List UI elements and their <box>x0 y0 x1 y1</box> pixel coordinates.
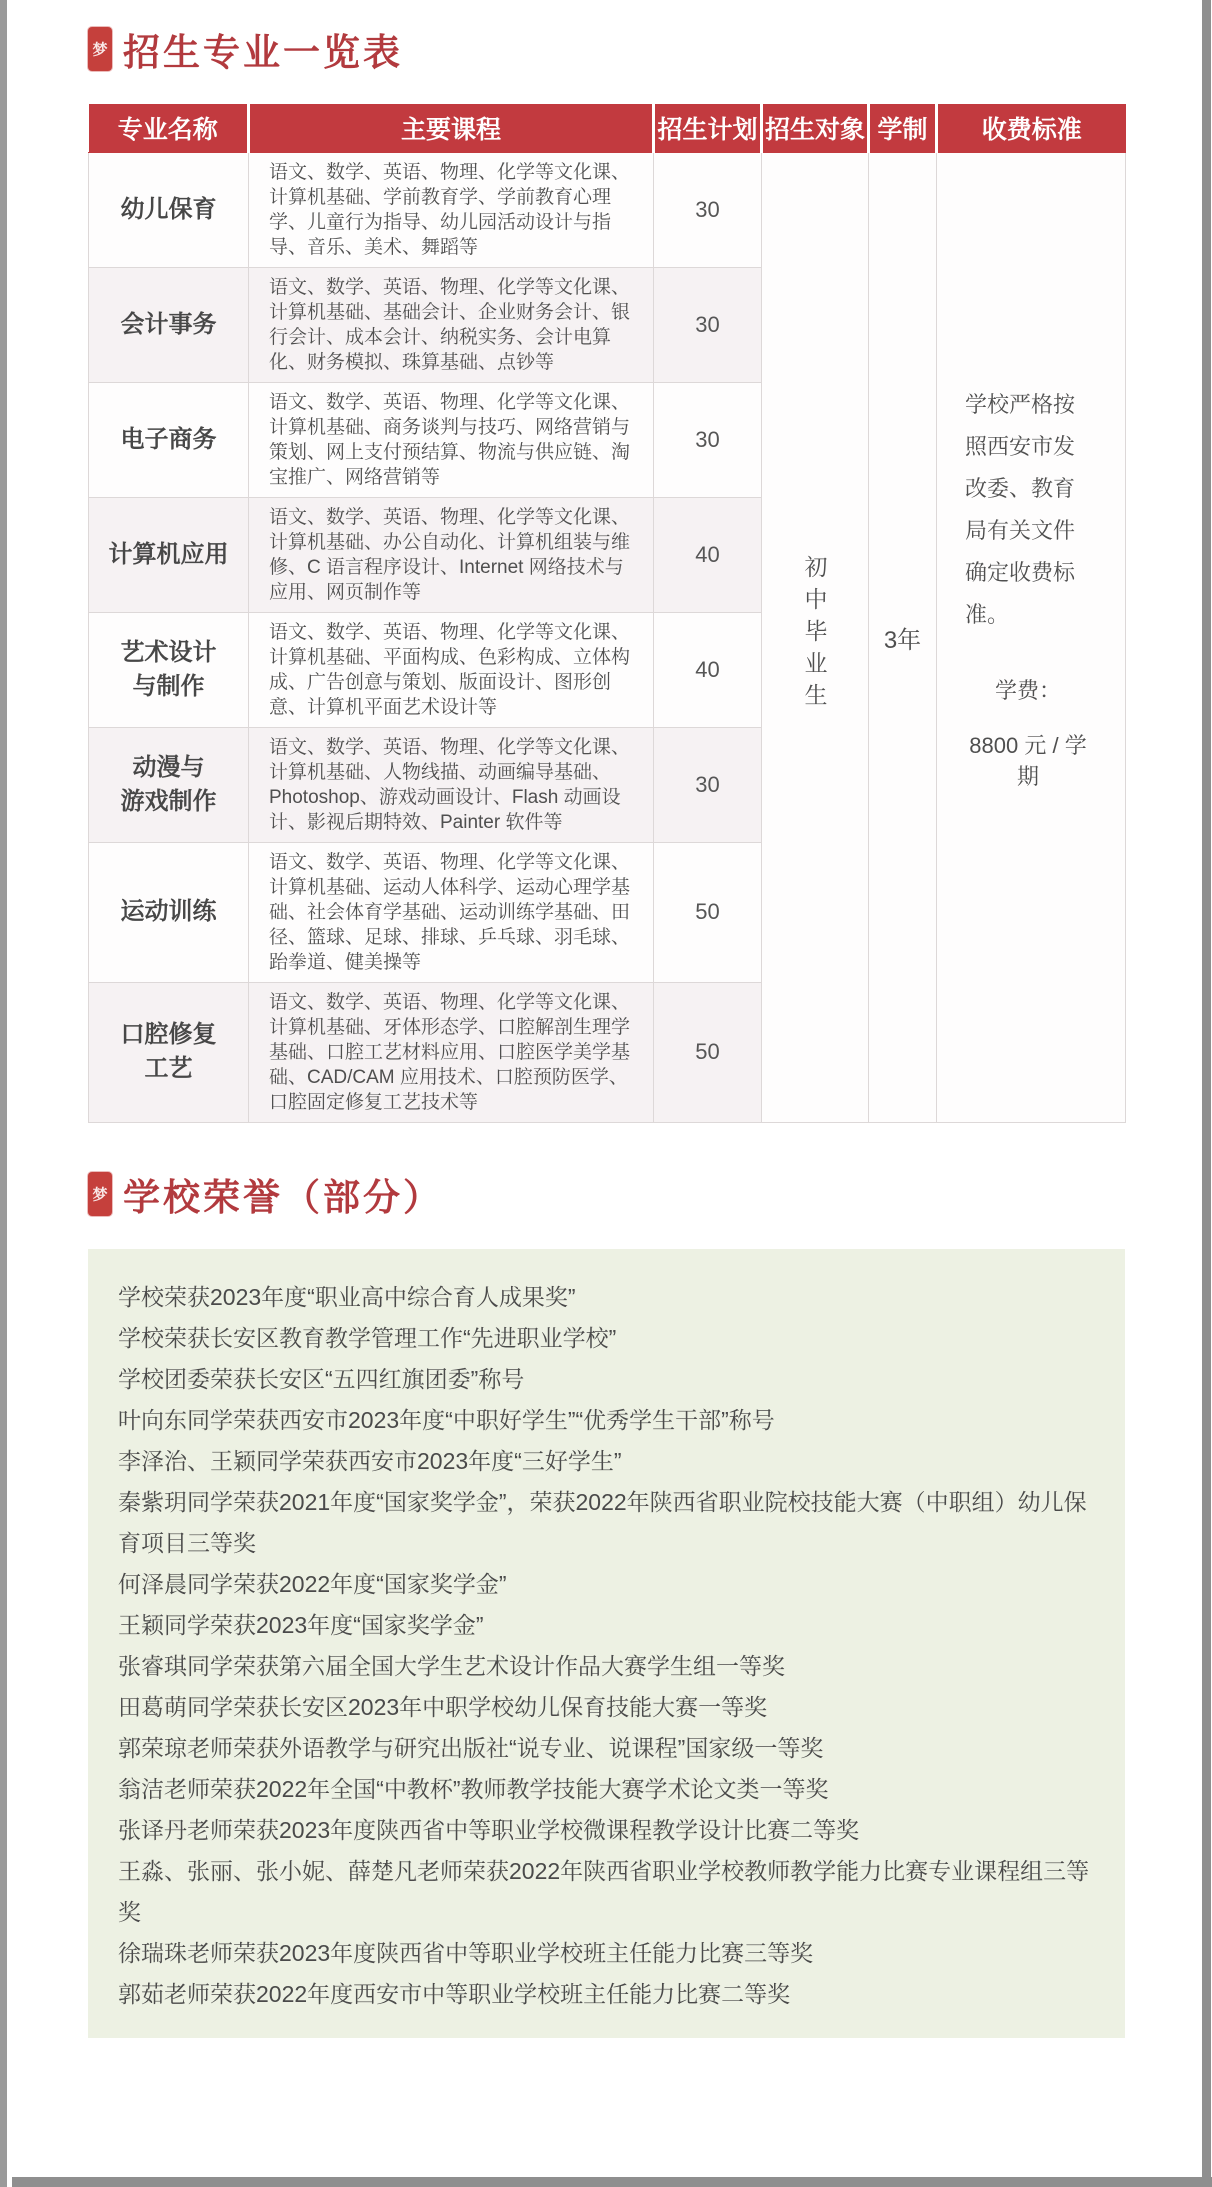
major-name: 艺术设计 与制作 <box>89 612 249 727</box>
major-courses: 语文、数学、英语、物理、化学等文化课、计算机基础、办公自动化、计算机组装与维修、… <box>249 497 654 612</box>
page-content: 招生专业一览表 专业名称 主要课程 招生计划 招生对象 学制 收费标准 幼儿保育… <box>88 0 1125 2038</box>
honor-item: 郭茹老师荣获2022年度西安市中等职业学校班主任能力比赛二等奖 <box>118 1974 1095 2015</box>
honor-item: 学校团委荣获长安区“五四红旗团委”称号 <box>118 1359 1095 1400</box>
major-name: 计算机应用 <box>89 497 249 612</box>
col-header-fee: 收费标准 <box>937 104 1126 152</box>
enrollment-plan: 30 <box>654 152 762 267</box>
major-courses: 语文、数学、英语、物理、化学等文化课、计算机基础、商务谈判与技巧、网络营销与策划… <box>249 382 654 497</box>
enrollment-plan: 30 <box>654 727 762 842</box>
seal-icon <box>88 27 112 71</box>
enrollment-plan: 50 <box>654 842 762 982</box>
enrollment-plan: 30 <box>654 382 762 497</box>
major-name: 口腔修复 工艺 <box>89 982 249 1122</box>
fee-note: 学校严格按照西安市发改委、教育局有关文件确定收费标准。 <box>965 384 1091 636</box>
section-title-honors-text: 学校荣誉（部分） <box>123 1167 443 1221</box>
major-courses: 语文、数学、英语、物理、化学等文化课、计算机基础、学前教育学、学前教育心理学、儿… <box>249 152 654 267</box>
major-name: 动漫与 游戏制作 <box>89 727 249 842</box>
enrollment-plan: 40 <box>654 497 762 612</box>
section-title-majors-text: 招生专业一览表 <box>123 22 403 76</box>
honor-item: 学校荣获长安区教育教学管理工作“先进职业学校” <box>118 1318 1095 1359</box>
col-header-major: 专业名称 <box>89 104 249 152</box>
table-row: 幼儿保育 语文、数学、英语、物理、化学等文化课、计算机基础、学前教育学、学前教育… <box>89 152 1126 267</box>
page-edge-bottom <box>12 2177 1212 2187</box>
fee-cell: 学校严格按照西安市发改委、教育局有关文件确定收费标准。 学费： 8800 元 /… <box>937 152 1126 1122</box>
honor-item: 徐瑞珠老师荣获2023年度陕西省中等职业学校班主任能力比赛三等奖 <box>118 1933 1095 1974</box>
col-header-target: 招生对象 <box>762 104 869 152</box>
honor-item: 张睿琪同学荣获第六届全国大学生艺术设计作品大赛学生组一等奖 <box>118 1646 1095 1687</box>
enrollment-plan: 50 <box>654 982 762 1122</box>
major-name: 电子商务 <box>89 382 249 497</box>
major-name: 会计事务 <box>89 267 249 382</box>
honor-item: 王淼、张丽、张小妮、薛楚凡老师荣获2022年陕西省职业学校教师教学能力比赛专业课… <box>118 1851 1095 1933</box>
col-header-courses: 主要课程 <box>249 104 654 152</box>
major-courses: 语文、数学、英语、物理、化学等文化课、计算机基础、基础会计、企业财务会计、银行会… <box>249 267 654 382</box>
enrollment-plan: 40 <box>654 612 762 727</box>
enrollment-plan: 30 <box>654 267 762 382</box>
section-title-majors: 招生专业一览表 <box>88 22 1125 76</box>
honors-list: 学校荣获2023年度“职业高中综合育人成果奖” 学校荣获长安区教育教学管理工作“… <box>88 1249 1125 2038</box>
duration-cell: 3年 <box>869 152 937 1122</box>
honor-item: 田葛萌同学荣获长安区2023年中职学校幼儿保育技能大赛一等奖 <box>118 1687 1095 1728</box>
major-courses: 语文、数学、英语、物理、化学等文化课、计算机基础、运动人体科学、运动心理学基础、… <box>249 842 654 982</box>
major-name: 幼儿保育 <box>89 152 249 267</box>
majors-table: 专业名称 主要课程 招生计划 招生对象 学制 收费标准 幼儿保育 语文、数学、英… <box>88 104 1126 1123</box>
fee-label: 学费： <box>965 674 1091 705</box>
page-edge-left <box>0 0 7 2187</box>
enrollment-target-text: 初中毕业生 <box>799 555 832 715</box>
honor-item: 秦紫玥同学荣获2021年度“国家奖学金”，荣获2022年陕西省职业院校技能大赛（… <box>118 1482 1095 1564</box>
col-header-plan: 招生计划 <box>654 104 762 152</box>
col-header-duration: 学制 <box>869 104 937 152</box>
major-courses: 语文、数学、英语、物理、化学等文化课、计算机基础、人物线描、动画编导基础、Pho… <box>249 727 654 842</box>
seal-icon <box>88 1172 112 1216</box>
enrollment-target-cell: 初中毕业生 <box>762 152 869 1122</box>
honor-item: 张译丹老师荣获2023年度陕西省中等职业学校微课程教学设计比赛二等奖 <box>118 1810 1095 1851</box>
page-edge-right <box>1202 0 1211 2187</box>
honor-item: 郭荣琼老师荣获外语教学与研究出版社“说专业、说课程”国家级一等奖 <box>118 1728 1095 1769</box>
honor-item: 何泽晨同学荣获2022年度“国家奖学金” <box>118 1564 1095 1605</box>
section-title-honors: 学校荣誉（部分） <box>88 1167 1125 1221</box>
major-courses: 语文、数学、英语、物理、化学等文化课、计算机基础、平面构成、色彩构成、立体构成、… <box>249 612 654 727</box>
honor-item: 李泽治、王颖同学荣获西安市2023年度“三好学生” <box>118 1441 1095 1482</box>
honor-item: 学校荣获2023年度“职业高中综合育人成果奖” <box>118 1277 1095 1318</box>
fee-value: 8800 元 / 学期 <box>965 729 1091 791</box>
major-courses: 语文、数学、英语、物理、化学等文化课、计算机基础、牙体形态学、口腔解剖生理学基础… <box>249 982 654 1122</box>
honor-item: 翁洁老师荣获2022年全国“中教杯”教师教学技能大赛学术论文类一等奖 <box>118 1769 1095 1810</box>
table-header-row: 专业名称 主要课程 招生计划 招生对象 学制 收费标准 <box>89 104 1126 152</box>
honor-item: 叶向东同学荣获西安市2023年度“中职好学生”“优秀学生干部”称号 <box>118 1400 1095 1441</box>
honor-item: 王颖同学荣获2023年度“国家奖学金” <box>118 1605 1095 1646</box>
major-name: 运动训练 <box>89 842 249 982</box>
